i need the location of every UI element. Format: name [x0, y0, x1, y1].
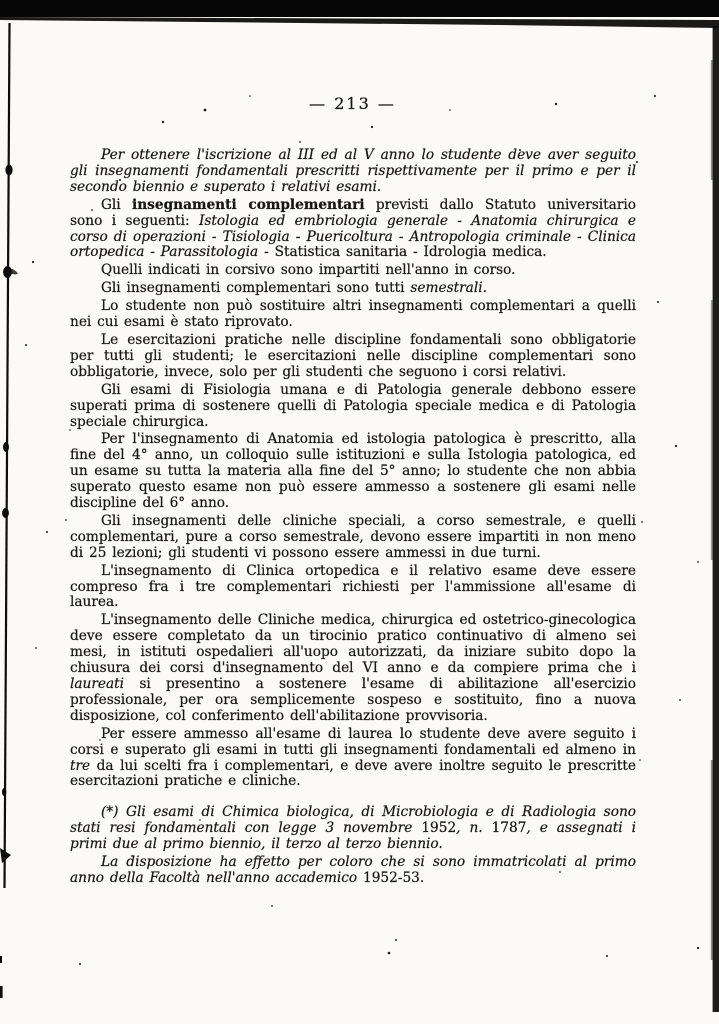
paragraph: Gli esami di Fisiologia umana e di Patol… — [70, 383, 636, 431]
paragraph: Per l'insegnamento di Anatomia ed istolo… — [70, 432, 636, 512]
text-segment: semestrali. — [410, 280, 487, 296]
text-segment: insegnamenti complementari — [132, 197, 365, 213]
paragraph: L'insegnamento delle Cliniche medica, ch… — [70, 613, 636, 724]
text-segment: Gli insegnamenti delle cliniche speciali… — [70, 513, 636, 561]
footnote: (*) Gli esami di Chimica biologica, di M… — [70, 805, 636, 853]
text-segment: Quelli indicati in corsivo sono impartit… — [101, 262, 516, 278]
text-segment: tre — [70, 758, 90, 774]
scanned-document-page: — 213 — Per ottenere l'iscrizione al III… — [0, 0, 719, 1024]
right-edge-strip — [711, 26, 719, 1012]
text-segment: Per essere ammesso all'esame di laurea l… — [70, 726, 636, 758]
text-segment: Per ottenere l'iscrizione al III ed al V… — [70, 147, 636, 195]
text-segment: 1952-53. — [363, 870, 424, 886]
text-segment: Le esercitazioni pratiche nelle discipli… — [70, 332, 636, 380]
paragraph: Gli insegnamenti complementari previsti … — [70, 198, 636, 262]
text-segment — [483, 820, 492, 836]
text-segment: laureati — [70, 676, 124, 692]
text-segment: L'insegnamento delle Cliniche medica, ch… — [70, 612, 636, 676]
text-segment: Gli insegnamenti complementari sono tutt… — [101, 280, 410, 296]
text-segment: 1952 — [421, 820, 456, 836]
text-segment: Per l'insegnamento di Anatomia ed istolo… — [70, 431, 636, 511]
text-segment: Statistica sanitaria - Idrologia medica. — [275, 244, 547, 260]
paragraph: Per ottenere l'iscrizione al III ed al V… — [70, 148, 636, 196]
text-segment: , — [456, 820, 469, 836]
text-segment: Gli esami di Fisiologia umana e di Patol… — [70, 382, 636, 430]
text-segment: La disposizione ha effetto per coloro ch… — [70, 854, 636, 886]
page-content: Per ottenere l'iscrizione al III ed al V… — [70, 148, 636, 887]
paragraph: Lo studente non può sostituire altri ins… — [70, 299, 636, 331]
text-segment: L'insegnamento di Clinica ortopedica e i… — [70, 563, 636, 611]
paragraph: Per essere ammesso all'esame di laurea l… — [70, 727, 636, 791]
text-segment: n. — [469, 820, 482, 836]
footnote: La disposizione ha effetto per coloro ch… — [70, 855, 636, 887]
text-segment: Lo studente non può sostituire altri ins… — [70, 298, 636, 330]
text-segment: 1787 — [492, 820, 527, 836]
top-edge-band — [0, 0, 719, 28]
page-number: — 213 — — [70, 94, 635, 113]
paragraph: Gli insegnamenti complementari sono tutt… — [70, 281, 636, 297]
paragraph: Le esercitazioni pratiche nelle discipli… — [70, 333, 636, 381]
text-segment: Gli — [101, 197, 132, 213]
paragraph: L'insegnamento di Clinica ortopedica e i… — [70, 564, 636, 612]
left-fold-line — [0, 23, 18, 998]
text-segment: si presentino a sostenere l'esame di abi… — [70, 676, 636, 724]
text-segment: da lui scelti fra i complementari, e dev… — [70, 758, 636, 790]
paragraph: Gli insegnamenti delle cliniche speciali… — [70, 514, 636, 562]
paragraph: Quelli indicati in corsivo sono impartit… — [70, 263, 636, 279]
